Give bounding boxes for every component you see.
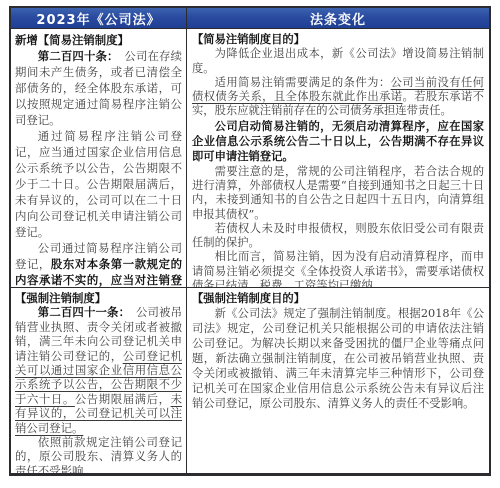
paragraph: 相比而言，简易注销，因为没有启动清算程序，而申请简易注销必须提交《全体投资人承诺… bbox=[192, 250, 484, 288]
paragraph: 第二百四十条： 公司在存续期间未产生债务，或者已清偿全部债务的，经全体股东承诺，… bbox=[15, 48, 182, 128]
cell-simplified-deregistration-article: 新增【简易注销制度】第二百四十条： 公司在存续期间未产生债务，或者已清偿全部债务… bbox=[11, 29, 187, 288]
cell-simplified-deregistration-purpose: 【简易注销制度目的】为降低企业退出成本，新《公司法》增设简易注销制度。适用简易注… bbox=[187, 29, 489, 288]
paragraph: 公司通过简易程序注销公司登记，股东对本条第一款规定的内容承诺不实的，应当对注销登… bbox=[15, 240, 182, 288]
paragraph: 需要注意的是，常规的公司注销程序，若合法合规的进行清算，外部债权人是需要“自接到… bbox=[192, 165, 484, 222]
paragraph: 公司启动简易注销的，无须启动清算程序，应在国家企业信息公示系统公告二十日以上，公… bbox=[192, 119, 484, 165]
paragraph: 【强制注销制度目的】 bbox=[192, 291, 484, 306]
header-cell-2023-company-law: 2023年《公司法》 bbox=[11, 8, 187, 29]
paragraph: 适用简易注销需要满足的条件为：公司当前没有任何债权债务关系，且全体股东就此作出承… bbox=[192, 76, 484, 119]
cell-forced-deregistration-purpose: 【强制注销制度目的】新《公司法》规定了强制注销制度。根据2018年《公司法》规定… bbox=[187, 288, 489, 473]
paragraph: 若债权人未及时申报债权，则股东依旧受公司有限责任制的保护。 bbox=[192, 222, 484, 251]
header-cell-law-changes: 法条变化 bbox=[187, 8, 489, 29]
paragraph: 第二百四十一条： 公司被吊销营业执照、责令关闭或者被撤销，满三年未向公司登记机关… bbox=[15, 305, 182, 435]
paragraph: 依照前款规定注销公司登记的，原公司股东、清算义务人的责任不受影响。 bbox=[15, 435, 182, 473]
paragraph: 新《公司法》规定了强制注销制度。根据2018年《公司法》规定，公司登记机关只能根… bbox=[192, 306, 484, 411]
paragraph: 通过简易程序注销公司登记，应当通过国家企业信用信息公示系统予以公告，公告期限不少… bbox=[15, 128, 182, 240]
paragraph: 新增【简易注销制度】 bbox=[15, 32, 182, 48]
law-comparison-table: 2023年《公司法》 法条变化 新增【简易注销制度】第二百四十条： 公司在存续期… bbox=[9, 6, 491, 476]
paragraph: 为降低企业退出成本，新《公司法》增设简易注销制度。 bbox=[192, 47, 484, 76]
paragraph: 【简易注销制度目的】 bbox=[192, 32, 484, 47]
paragraph: 【强制注销制度】 bbox=[15, 291, 182, 305]
cell-forced-deregistration-article: 【强制注销制度】第二百四十一条： 公司被吊销营业执照、责令关闭或者被撤销，满三年… bbox=[11, 288, 187, 473]
